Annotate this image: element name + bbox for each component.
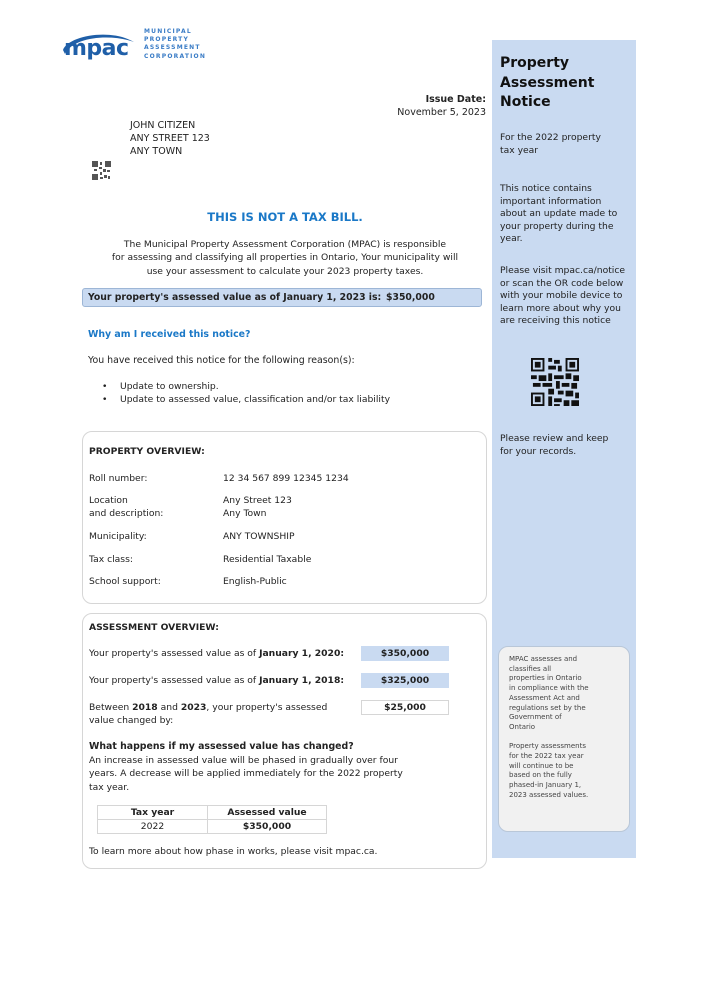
property-overview-title: PROPERTY OVERVIEW: [89,446,205,457]
what-happens-heading: What happens if my assessed value has ch… [89,741,354,752]
table-row: 2022 $350,000 [98,820,327,834]
sidebar-title-line: Assessment [500,74,594,94]
intro-paragraph: The Municipal Property Assessment Corpor… [80,238,490,278]
assessment-overview-title: ASSESSMENT OVERVIEW: [89,622,219,633]
property-overview-card: PROPERTY OVERVIEW: Roll number: 12 34 56… [82,431,487,604]
property-label: Location and description: [89,494,219,520]
issue-date-value: November 5, 2023 [397,106,486,119]
assessment-overview-card: ASSESSMENT OVERVIEW: Your property's ass… [82,613,487,869]
sidebar-keep: Please review and keep for your records. [500,433,620,458]
table-header-row: Tax year Assessed value [98,806,327,820]
intro-line: The Municipal Property Assessment Corpor… [80,238,490,251]
row-date: January 1, 2020: [259,648,344,659]
value-change: $25,000 [361,700,449,715]
not-tax-bill-heading: THIS IS NOT A TAX BILL. [80,210,490,224]
property-value: 12 34 567 899 12345 1234 [223,472,473,485]
sidebar-visit: Please visit mpac.ca/notice or scan the … [500,265,628,328]
why-heading: Why am I received this notice? [88,329,250,340]
assessment-row-2018: Your property's assessed value as of Jan… [89,674,349,687]
sidebar-title: Property Assessment Notice [500,54,594,113]
table-header: Tax year [98,806,208,820]
recipient-town: ANY TOWN [130,145,210,158]
logo-line: CORPORATION [144,53,206,61]
reason-item: Update to assessed value, classification… [100,393,390,406]
assessed-value-amount: $350,000 [386,289,435,306]
issue-date-label: Issue Date: [397,93,486,106]
current-assessed-value-bar: Your property's assessed value as of Jan… [82,288,482,307]
logo-line: MUNICIPAL [144,28,206,36]
sidebar-note-box: MPAC assesses and classifies all propert… [498,646,630,832]
intro-line: use your assessment to calculate your 20… [80,265,490,278]
what-happens-body: An increase in assessed value will be ph… [89,754,409,794]
notice-sidebar: Property Assessment Notice For the 2022 … [492,40,636,858]
table-header: Assessed value [208,806,327,820]
property-label: Municipality: [89,530,219,543]
property-label: School support: [89,575,219,588]
row-year: 2023 [181,702,207,713]
row-text: Your property's assessed value as of [89,675,259,686]
mpac-logo: mpac MUNICIPAL PROPERTY ASSESSMENT CORPO… [60,26,210,66]
table-cell: 2022 [98,820,208,834]
logo-line: PROPERTY [144,36,206,44]
row-year: 2018 [132,702,158,713]
property-value: Residential Taxable [223,553,473,566]
value-2018: $325,000 [361,673,449,688]
row-text: Between [89,702,132,713]
sidebar-note-paragraph: Property assessments for the 2022 tax ye… [509,742,593,800]
assessment-row-2020: Your property's assessed value as of Jan… [89,647,349,660]
table-cell: $350,000 [208,820,327,834]
recipient-name: JOHN CITIZEN [130,119,210,132]
mpac-logo-mark: mpac [60,30,136,62]
sidebar-tax-year: For the 2022 property tax year [500,132,610,157]
row-text: Your property's assessed value as of [89,648,259,659]
sidebar-title-line: Notice [500,93,594,113]
logo-org-name: MUNICIPAL PROPERTY ASSESSMENT CORPORATIO… [144,28,206,61]
logo-wordmark: mpac [64,36,129,61]
property-label: Tax class: [89,553,219,566]
property-value: ANY TOWNSHIP [223,530,473,543]
sidebar-title-line: Property [500,54,594,74]
intro-line: for assessing and classifying all proper… [80,251,490,264]
mailing-qr-code-icon [92,161,111,180]
issue-date-block: Issue Date: November 5, 2023 [397,93,486,119]
row-date: January 1, 2018: [259,675,344,686]
sidebar-note-paragraph: MPAC assesses and classifies all propert… [509,655,589,733]
property-label: Roll number: [89,472,219,485]
assessed-value-label: Your property's assessed value as of Jan… [88,289,381,306]
recipient-street: ANY STREET 123 [130,132,210,145]
reason-item: Update to ownership. [100,380,390,393]
row-text: and [158,702,181,713]
property-value: Any Street 123 Any Town [223,494,473,520]
reasons-list: Update to ownership. Update to assessed … [100,380,390,407]
notice-qr-code-icon[interactable] [531,358,579,406]
learn-more-text: To learn more about how phase in works, … [89,846,377,857]
value-2020: $350,000 [361,646,449,661]
logo-line: ASSESSMENT [144,44,206,52]
phase-in-table: Tax year Assessed value 2022 $350,000 [97,805,327,834]
sidebar-info: This notice contains important informati… [500,183,628,246]
assessment-row-change: Between 2018 and 2023, your property's a… [89,701,349,727]
recipient-address: JOHN CITIZEN ANY STREET 123 ANY TOWN [130,119,210,158]
property-value: English-Public [223,575,473,588]
reason-intro: You have received this notice for the fo… [88,355,355,366]
